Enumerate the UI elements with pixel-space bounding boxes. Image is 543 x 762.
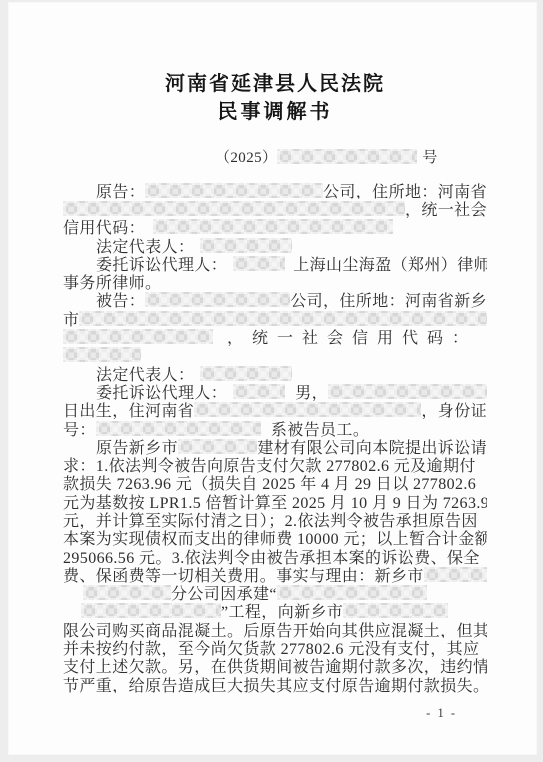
doc-line: 节严重，给原告造成巨大损失其应支付原告逾期付款损失。 bbox=[63, 675, 487, 693]
doc-text: 原告： bbox=[96, 181, 145, 199]
spacer bbox=[285, 263, 293, 264]
doc-line: 限公司购买商品混凝土。后原告开始向其供应混凝土，但其 bbox=[63, 620, 487, 638]
doc-text: 市 bbox=[63, 309, 79, 327]
doc-line: 日出生，住河南省，身份证 bbox=[63, 401, 487, 419]
doc-text: 系被告员工。 bbox=[271, 419, 369, 437]
redaction-block bbox=[145, 183, 323, 198]
doc-line: 信用代码： bbox=[63, 218, 487, 236]
redaction-block bbox=[233, 256, 285, 271]
doc-text: 并未按约付款，至今尚欠货款 277802.6 元没有支付，其应 bbox=[63, 638, 479, 656]
outer-background: 河南省延津县人民法院 民事调解书 （2025） 号 原告：公司，住所地：河南省，… bbox=[0, 0, 543, 762]
redaction-block bbox=[96, 421, 261, 436]
doc-text: 求：1.依法判令被告向原告支付欠款 277802.6 元及逾期付 bbox=[63, 455, 476, 473]
redaction-block bbox=[145, 292, 290, 307]
doc-line: 求：1.依法判令被告向原告支付欠款 277802.6 元及逾期付 bbox=[63, 455, 487, 473]
doc-text: 款损失 7263.96 元（损失自 2025 年 4 月 29 日以 27780… bbox=[63, 474, 476, 492]
doc-line: ”工程，向新乡市 bbox=[63, 602, 487, 620]
doc-line: ，统一社会信用代码： bbox=[63, 327, 487, 345]
doc-text: 原告新乡市 bbox=[96, 437, 178, 455]
spacer bbox=[63, 592, 83, 593]
case-number-suffix: 号 bbox=[422, 146, 437, 167]
redaction-block bbox=[194, 402, 421, 417]
doc-line: 并未按约付款，至今尚欠货款 277802.6 元没有支付，其应 bbox=[63, 638, 487, 656]
doc-text: 委托诉讼代理人： bbox=[96, 382, 227, 400]
redaction-block bbox=[277, 585, 427, 600]
spacer bbox=[145, 226, 153, 227]
doc-line: 分公司因承建“ bbox=[63, 584, 487, 602]
doc-text: 元为基数按 LPR1.5 倍暂计算至 2025 月 10 月 9 日为 7263… bbox=[63, 492, 487, 510]
doc-line: ，统一社会 bbox=[63, 199, 487, 217]
redaction-block bbox=[328, 384, 487, 399]
doc-text: 公司，住所地：河南省 bbox=[323, 181, 487, 199]
document-page: 河南省延津县人民法院 民事调解书 （2025） 号 原告：公司，住所地：河南省，… bbox=[8, 2, 537, 755]
doc-text: 费、保函费等一切相关费用。事实与理由：新乡市 bbox=[63, 565, 424, 583]
doc-line: 号：系被告员工。 bbox=[63, 419, 487, 437]
doc-text: ”工程，向新乡市 bbox=[221, 602, 343, 620]
doc-line: 被告：公司，住所地：河南省新乡 bbox=[63, 291, 487, 309]
doc-text: 法定代表人： bbox=[96, 364, 194, 382]
document-content: 河南省延津县人民法院 民事调解书 （2025） 号 原告：公司，住所地：河南省，… bbox=[8, 2, 537, 693]
doc-text: 日出生，住河南省 bbox=[63, 401, 194, 419]
doc-text: 法定代表人： bbox=[96, 236, 194, 254]
doc-text: 节严重，给原告造成巨大损失其应支付原告逾期付款损失。 bbox=[63, 675, 487, 693]
doc-line: 款损失 7263.96 元（损失自 2025 年 4 月 29 日以 27780… bbox=[63, 474, 487, 492]
redaction-block bbox=[83, 585, 171, 600]
redaction-block bbox=[178, 439, 257, 454]
doc-text: 上海山尘海盈（郑州）律师 bbox=[293, 254, 487, 272]
doc-line: 委托诉讼代理人：男， bbox=[63, 382, 487, 400]
doc-text: 公司，住所地：河南省新乡 bbox=[290, 291, 487, 309]
page-number: - 1 - bbox=[426, 706, 457, 721]
doc-text: 支付上述欠款。另，在供货期间被告逾期付款多次，违约情 bbox=[63, 657, 487, 675]
doc-line: 原告：公司，住所地：河南省 bbox=[63, 181, 487, 199]
spacer bbox=[63, 610, 81, 611]
doc-line: 市 bbox=[63, 309, 487, 327]
redaction-block bbox=[277, 149, 417, 164]
spacer bbox=[63, 156, 215, 157]
doc-text: 295066.56 元。3.依法判令由被告承担本案的诉讼费、保全 bbox=[63, 547, 480, 565]
doc-line: 元，并计算至实际付清之日）；2.依法判令被告承担原告因 bbox=[63, 510, 487, 528]
doc-line: 元为基数按 LPR1.5 倍暂计算至 2025 月 10 月 9 日为 7263… bbox=[63, 492, 487, 510]
doc-text: 被告： bbox=[96, 291, 145, 309]
redaction-block bbox=[63, 329, 213, 344]
redaction-block bbox=[200, 238, 292, 253]
redaction-block bbox=[153, 219, 393, 234]
doc-text: 建材有限公司向本院提出诉讼请 bbox=[257, 437, 487, 455]
doc-line: 支付上述欠款。另，在供货期间被告逾期付款多次，违约情 bbox=[63, 657, 487, 675]
redaction-block bbox=[79, 311, 487, 326]
spacer bbox=[285, 391, 295, 392]
case-number-line: （2025） 号 bbox=[63, 147, 487, 165]
redaction-block bbox=[233, 384, 285, 399]
redaction-block bbox=[343, 603, 448, 618]
doc-text: 男， bbox=[295, 382, 328, 400]
doc-line: 法定代表人： bbox=[63, 364, 487, 382]
doc-text: ，统一社会 bbox=[405, 199, 487, 217]
doc-line: 法定代表人： bbox=[63, 236, 487, 254]
doc-line: 原告新乡市建材有限公司向本院提出诉讼请 bbox=[63, 437, 487, 455]
doc-line: 事务所律师。 bbox=[63, 272, 487, 290]
doc-line: 本案为实现债权而支出的律师费 10000 元；以上暂合计金额 bbox=[63, 529, 487, 547]
doc-text: 事务所律师。 bbox=[63, 272, 161, 290]
doc-text: ，统一社会信用代码： bbox=[227, 327, 477, 345]
doc-line: 费、保函费等一切相关费用。事实与理由：新乡市 bbox=[63, 565, 487, 583]
doc-text: 元，并计算至实际付清之日）；2.依法判令被告承担原告因 bbox=[63, 510, 478, 528]
doc-text: 本案为实现债权而支出的律师费 10000 元；以上暂合计金额 bbox=[63, 529, 487, 547]
doc-line bbox=[63, 346, 487, 364]
doc-text: ，身份证 bbox=[421, 401, 487, 419]
redaction-block bbox=[81, 603, 221, 618]
document-body: 原告：公司，住所地：河南省，统一社会信用代码：法定代表人：委托诉讼代理人：上海山… bbox=[63, 181, 487, 693]
spacer bbox=[213, 336, 227, 337]
redaction-block bbox=[200, 366, 292, 381]
redaction-block bbox=[424, 567, 487, 582]
doc-line: 委托诉讼代理人：上海山尘海盈（郑州）律师 bbox=[63, 254, 487, 272]
case-number-prefix: （2025） bbox=[215, 146, 277, 167]
spacer bbox=[261, 428, 271, 429]
doc-text: 委托诉讼代理人： bbox=[96, 254, 227, 272]
document-type-title: 民事调解书 bbox=[63, 102, 487, 123]
redaction-block bbox=[63, 201, 405, 216]
doc-text: 限公司购买商品混凝土。后原告开始向其供应混凝土，但其 bbox=[63, 620, 487, 638]
doc-text: 号： bbox=[63, 419, 96, 437]
doc-text: 信用代码： bbox=[63, 218, 145, 236]
doc-text: 分公司因承建“ bbox=[171, 584, 277, 602]
doc-line: 295066.56 元。3.依法判令由被告承担本案的诉讼费、保全 bbox=[63, 547, 487, 565]
redaction-block bbox=[63, 347, 141, 362]
court-name-title: 河南省延津县人民法院 bbox=[63, 74, 487, 95]
